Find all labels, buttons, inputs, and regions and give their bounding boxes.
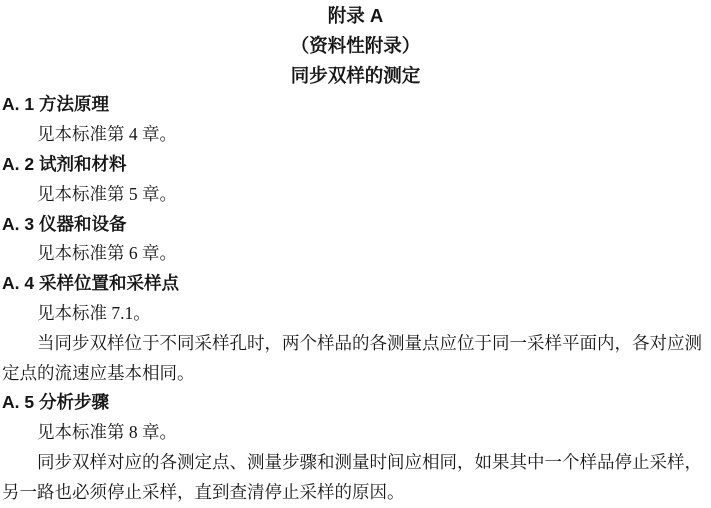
section-a2-body-line: 见本标准第 5 章。	[0, 180, 711, 210]
section-a2-heading: A. 2 试剂和材料	[0, 150, 711, 180]
section-a3-heading: A. 3 仪器和设备	[0, 210, 711, 240]
section-a3-body-line: 见本标准第 6 章。	[0, 239, 711, 269]
section-a1-heading: A. 1 方法原理	[0, 90, 711, 120]
section-a5-body-line-2: 同步双样对应的各测定点、测量步骤和测量时间应相同，如果其中一个样品停止采样，	[0, 448, 711, 478]
appendix-kind-title: （资料性附录）	[0, 31, 711, 61]
section-a4-body-line-3: 定点的流速应基本相同。	[0, 359, 711, 389]
document-page: 附录 A （资料性附录） 同步双样的测定 A. 1 方法原理 见本标准第 4 章…	[0, 0, 711, 508]
appendix-number-title: 附录 A	[0, 1, 711, 31]
section-a5-body-line-1: 见本标准第 8 章。	[0, 418, 711, 448]
section-a5-heading: A. 5 分析步骤	[0, 388, 711, 418]
appendix-title: 同步双样的测定	[0, 61, 711, 91]
section-a5-body-line-3: 另一路也必须停止采样，直到查清停止采样的原因。	[0, 478, 711, 508]
section-a4-body-line-2: 当同步双样位于不同采样孔时，两个样品的各测量点应位于同一采样平面内，各对应测	[0, 329, 711, 359]
section-a4-body-line-1: 见本标准 7.1。	[0, 299, 711, 329]
section-a1-body-line: 见本标准第 4 章。	[0, 120, 711, 150]
section-a4-heading: A. 4 采样位置和采样点	[0, 269, 711, 299]
